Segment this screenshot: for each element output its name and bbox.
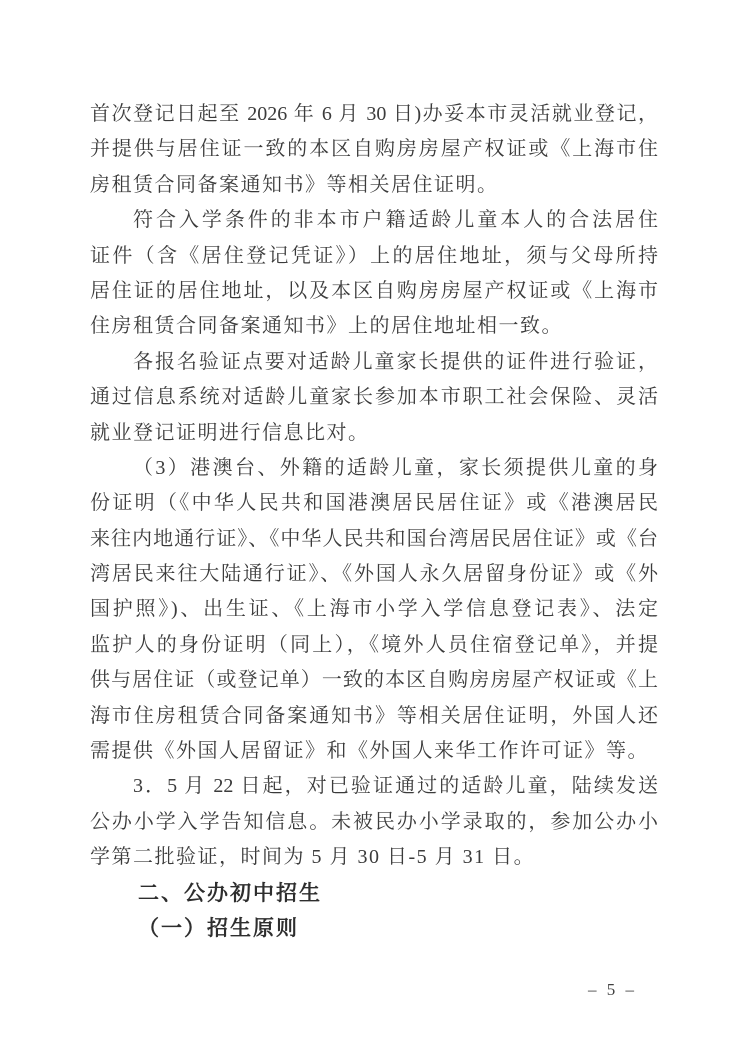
document-body: 首次登记日起至 2026 年 6 月 30 日)办妥本市灵活就业登记，并提供与居… <box>90 97 658 946</box>
text-line: 公办小学入学告知信息。未被民办小学录取的，参加公办小 <box>90 805 658 840</box>
text-line: 海市住房租赁合同备案通知书》等相关居住证明，外国人还 <box>90 699 658 734</box>
text-line: 首次登记日起至 2026 年 6 月 30 日)办妥本市灵活就业登记， <box>90 97 658 132</box>
heading1-line: 二、公办初中招生 <box>90 876 658 911</box>
text-line: 住房租赁合同备案通知书》上的居住地址相一致。 <box>90 309 658 344</box>
text-line: 供与居住证（或登记单）一致的本区自购房房屋产权证或《上 <box>90 663 658 698</box>
text-line: （3）港澳台、外籍的适龄儿童，家长须提供儿童的身 <box>90 451 658 486</box>
text-line: 符合入学条件的非本市户籍适龄儿童本人的合法居住 <box>90 203 658 238</box>
text-line: 房租赁合同备案通知书》等相关居住证明。 <box>90 168 658 203</box>
text-line: 通过信息系统对适龄儿童家长参加本市职工社会保险、灵活 <box>90 380 658 415</box>
document-page: { "document": { "colors": { "background"… <box>0 0 751 1063</box>
text-line: 各报名验证点要对适龄儿童家长提供的证件进行验证， <box>90 345 658 380</box>
text-line: 国护照》)、出生证、《上海市小学入学信息登记表》、法定 <box>90 592 658 627</box>
text-line: 来往内地通行证》、《中华人民共和国台湾居民居住证》或《台 <box>90 522 658 557</box>
page-number: – 5 – <box>588 980 637 1000</box>
text-line: 监护人的身份证明（同上），《境外人员住宿登记单》，并提 <box>90 628 658 663</box>
text-line: 居住证的居住地址，以及本区自购房房屋产权证或《上海市 <box>90 274 658 309</box>
text-line: 湾居民来往大陆通行证》、《外国人永久居留身份证》或《外 <box>90 557 658 592</box>
text-line: 证件（含《居住登记凭证》）上的居住地址，须与父母所持 <box>90 239 658 274</box>
text-line: 并提供与居住证一致的本区自购房房屋产权证或《上海市住 <box>90 132 658 167</box>
heading2-line: （一）招生原则 <box>90 911 658 946</box>
text-line: 就业登记证明进行信息比对。 <box>90 416 658 451</box>
text-line: 3．5 月 22 日起，对已验证通过的适龄儿童，陆续发送 <box>90 769 658 804</box>
text-line: 份证明（《中华人民共和国港澳居民居住证》或《港澳居民 <box>90 486 658 521</box>
text-line: 学第二批验证，时间为 5 月 30 日-5 月 31 日。 <box>90 840 658 875</box>
text-line: 需提供《外国人居留证》和《外国人来华工作许可证》等。 <box>90 734 658 769</box>
